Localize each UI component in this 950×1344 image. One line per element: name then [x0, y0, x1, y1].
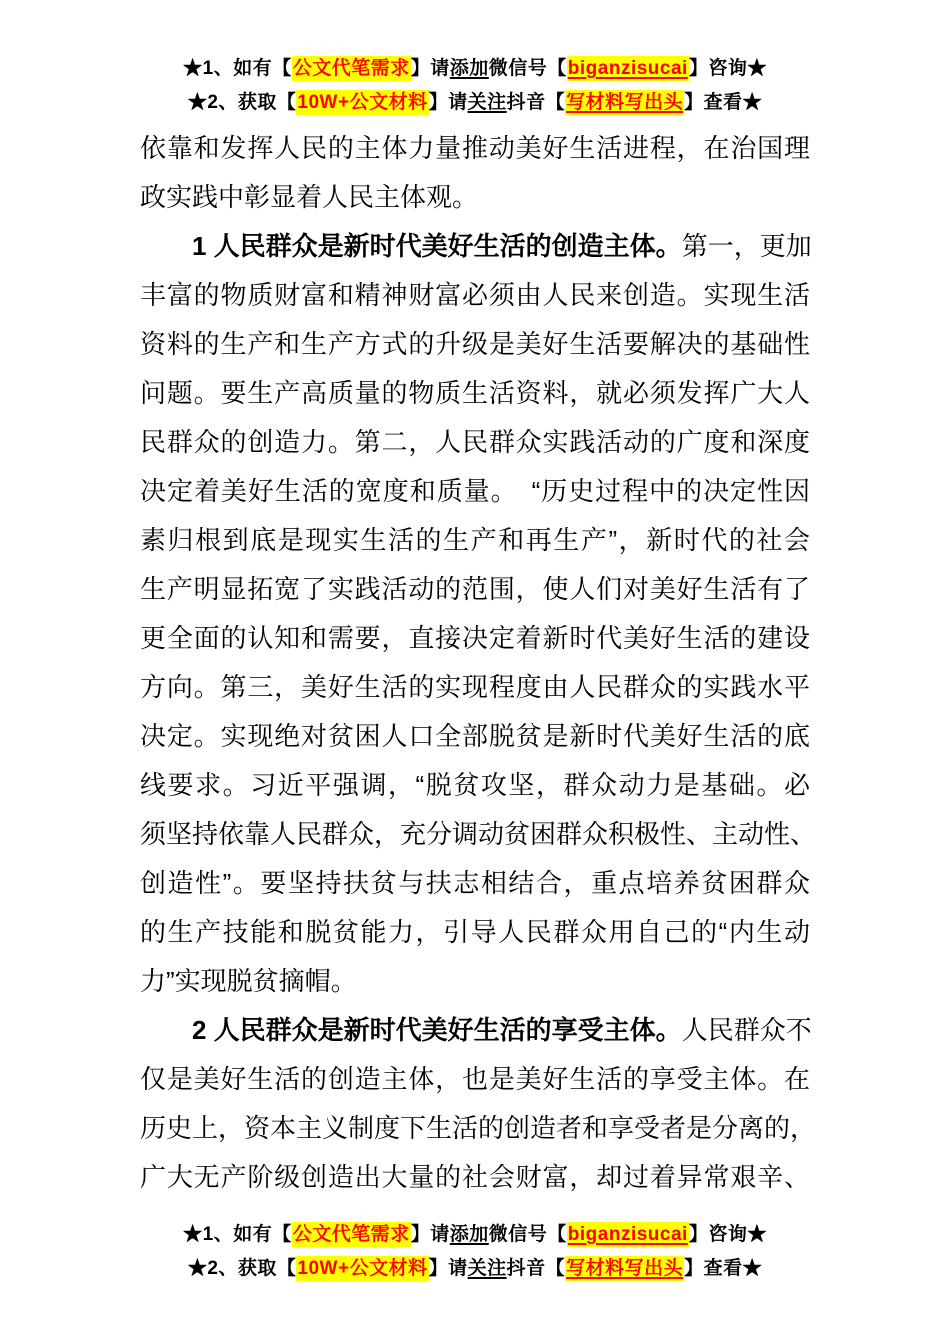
notice-highlight: biganzisucai [567, 1222, 689, 1247]
text-run: 生产明显拓宽了实践活动的范围，使人们对美好生活有了 [140, 574, 810, 604]
notice-text: 】咨询★ [689, 58, 767, 79]
heading-run: 1 人民群众是新时代美好生活的创造主体。 [192, 231, 682, 261]
text-run: 力”实现脱贫摘帽。 [140, 966, 357, 996]
notice-highlight: 添加 [450, 58, 489, 79]
text-line: 须坚持依靠人民群众，充分调动贫困群众积极性、主动性、 [140, 810, 810, 859]
notice-text: ★2、获取【 [188, 92, 297, 113]
text-run: 问题。要生产高质量的物质生活资料，就必须发挥广大人 [140, 378, 810, 408]
text-run: 人民群众不 [682, 1015, 810, 1045]
text-run: 依靠和发挥人民的主体力量推动美好生活进程，在治国理 [140, 133, 810, 163]
text-line: 决定。实现绝对贫困人口全部脱贫是新时代美好生活的底 [140, 712, 810, 761]
text-line: 资料的生产和生产方式的升级是美好生活要解决的基础性 [140, 320, 810, 369]
text-line: 1 人民群众是新时代美好生活的创造主体。第一，更加 [140, 222, 810, 271]
notice-highlight: biganzisucai [567, 56, 689, 81]
notice-text: ★1、如有【 [183, 58, 292, 79]
notice-highlight: 公文代笔需求 [292, 56, 411, 81]
notice-highlight: 公文代笔需求 [292, 1222, 411, 1247]
text-line: 仅是美好生活的创造主体，也是美好生活的享受主体。在 [140, 1055, 810, 1104]
text-run: 须坚持依靠人民群众，充分调动贫困群众积极性、主动性、 [140, 819, 810, 849]
heading-run: 2 人民群众是新时代美好生活的享受主体。 [192, 1015, 682, 1045]
text-run: 政实践中彰显着人民主体观。 [140, 182, 478, 212]
paragraph: 依靠和发挥人民的主体力量推动美好生活进程，在治国理政实践中彰显着人民主体观。 [140, 124, 810, 222]
text-run: 决定。实现绝对贫困人口全部脱贫是新时代美好生活的底 [140, 721, 810, 751]
text-line: 决定着美好生活的宽度和质量。 “历史过程中的决定性因 [140, 467, 810, 516]
text-run: 民群众的创造力。第二，人民群众实践活动的广度和深度 [140, 427, 810, 457]
notice-highlight: 写材料写出头 [565, 1256, 684, 1281]
text-line: 力”实现脱贫摘帽。 [140, 957, 810, 1006]
text-line: 2 人民群众是新时代美好生活的享受主体。人民群众不 [140, 1006, 810, 1055]
text-run: 方向。第三，美好生活的实现程度由人民群众的实践水平 [140, 672, 810, 702]
notice-text: 抖音【 [507, 92, 566, 113]
notice-line: ★1、如有【公文代笔需求】请添加微信号【biganzisucai】咨询★ [0, 52, 950, 86]
notice-highlight: 10W+公文材料 [296, 1256, 428, 1281]
footer-notice: ★1、如有【公文代笔需求】请添加微信号【biganzisucai】咨询★★2、获… [0, 1218, 950, 1286]
text-run: 广大无产阶级创造出大量的社会财富，却过着异常艰辛、 [140, 1162, 810, 1192]
text-line: 线要求。习近平强调，“脱贫攻坚，群众动力是基础。必 [140, 761, 810, 810]
text-run: 更全面的认知和需要，直接决定着新时代美好生活的建设 [140, 623, 810, 653]
text-line: 的生产技能和脱贫能力，引导人民群众用自己的“内生动 [140, 908, 810, 957]
text-line: 素归根到底是现实生活的生产和再生产”，新时代的社会 [140, 516, 810, 565]
text-run: 第一，更加 [682, 231, 810, 261]
text-line: 生产明显拓宽了实践活动的范围，使人们对美好生活有了 [140, 565, 810, 614]
notice-line: ★1、如有【公文代笔需求】请添加微信号【biganzisucai】咨询★ [0, 1218, 950, 1252]
notice-line: ★2、获取【10W+公文材料】请关注抖音【写材料写出头】查看★ [0, 1252, 950, 1286]
paragraph: 2 人民群众是新时代美好生活的享受主体。人民群众不仅是美好生活的创造主体，也是美… [140, 1006, 810, 1202]
notice-text: ★1、如有【 [183, 1224, 292, 1245]
text-run: 素归根到底是现实生活的生产和再生产”，新时代的社会 [140, 525, 810, 555]
text-run: 线要求。习近平强调，“脱贫攻坚，群众动力是基础。必 [140, 770, 810, 800]
notice-text: ★2、获取【 [188, 1258, 297, 1279]
notice-text: 微信号【 [489, 58, 567, 79]
notice-text: 】请 [411, 1224, 450, 1245]
notice-text: 微信号【 [489, 1224, 567, 1245]
text-run: 的生产技能和脱贫能力，引导人民群众用自己的“内生动 [140, 917, 810, 947]
text-run: 决定着美好生活的宽度和质量。 “历史过程中的决定性因 [140, 476, 810, 506]
text-run: 资料的生产和生产方式的升级是美好生活要解决的基础性 [140, 329, 810, 359]
text-line: 问题。要生产高质量的物质生活资料，就必须发挥广大人 [140, 369, 810, 418]
notice-text: 】查看★ [684, 1258, 762, 1279]
text-line: 历史上，资本主义制度下生活的创造者和享受者是分离的， [140, 1104, 810, 1153]
notice-highlight: 写材料写出头 [565, 90, 684, 115]
text-line: 丰富的物质财富和精神财富必须由人民来创造。实现生活 [140, 271, 810, 320]
text-run: 创造性”。要坚持扶贫与扶志相结合，重点培养贫困群众 [140, 868, 810, 898]
document-page: ★1、如有【公文代笔需求】请添加微信号【biganzisucai】咨询★★2、获… [0, 0, 950, 1344]
text-run: 仅是美好生活的创造主体，也是美好生活的享受主体。在 [140, 1064, 810, 1094]
text-line: 广大无产阶级创造出大量的社会财富，却过着异常艰辛、 [140, 1153, 810, 1202]
text-line: 依靠和发挥人民的主体力量推动美好生活进程，在治国理 [140, 124, 810, 173]
notice-text: 】请 [429, 92, 468, 113]
notice-text: 】请 [429, 1258, 468, 1279]
header-notice: ★1、如有【公文代笔需求】请添加微信号【biganzisucai】咨询★★2、获… [0, 0, 950, 120]
notice-text: 抖音【 [507, 1258, 566, 1279]
text-line: 方向。第三，美好生活的实现程度由人民群众的实践水平 [140, 663, 810, 712]
notice-highlight: 关注 [468, 1258, 507, 1279]
text-line: 民群众的创造力。第二，人民群众实践活动的广度和深度 [140, 418, 810, 467]
paragraph: 1 人民群众是新时代美好生活的创造主体。第一，更加丰富的物质财富和精神财富必须由… [140, 222, 810, 1006]
notice-line: ★2、获取【10W+公文材料】请关注抖音【写材料写出头】查看★ [0, 86, 950, 120]
notice-highlight: 10W+公文材料 [296, 90, 428, 115]
notice-text: 】咨询★ [689, 1224, 767, 1245]
document-body: 依靠和发挥人民的主体力量推动美好生活进程，在治国理政实践中彰显着人民主体观。1 … [140, 124, 810, 1202]
notice-highlight: 关注 [468, 92, 507, 113]
notice-highlight: 添加 [450, 1224, 489, 1245]
text-line: 更全面的认知和需要，直接决定着新时代美好生活的建设 [140, 614, 810, 663]
notice-text: 】请 [411, 58, 450, 79]
text-run: 丰富的物质财富和精神财富必须由人民来创造。实现生活 [140, 280, 810, 310]
notice-text: 】查看★ [684, 92, 762, 113]
text-line: 政实践中彰显着人民主体观。 [140, 173, 810, 222]
text-line: 创造性”。要坚持扶贫与扶志相结合，重点培养贫困群众 [140, 859, 810, 908]
text-run: 历史上，资本主义制度下生活的创造者和享受者是分离的， [140, 1113, 810, 1143]
